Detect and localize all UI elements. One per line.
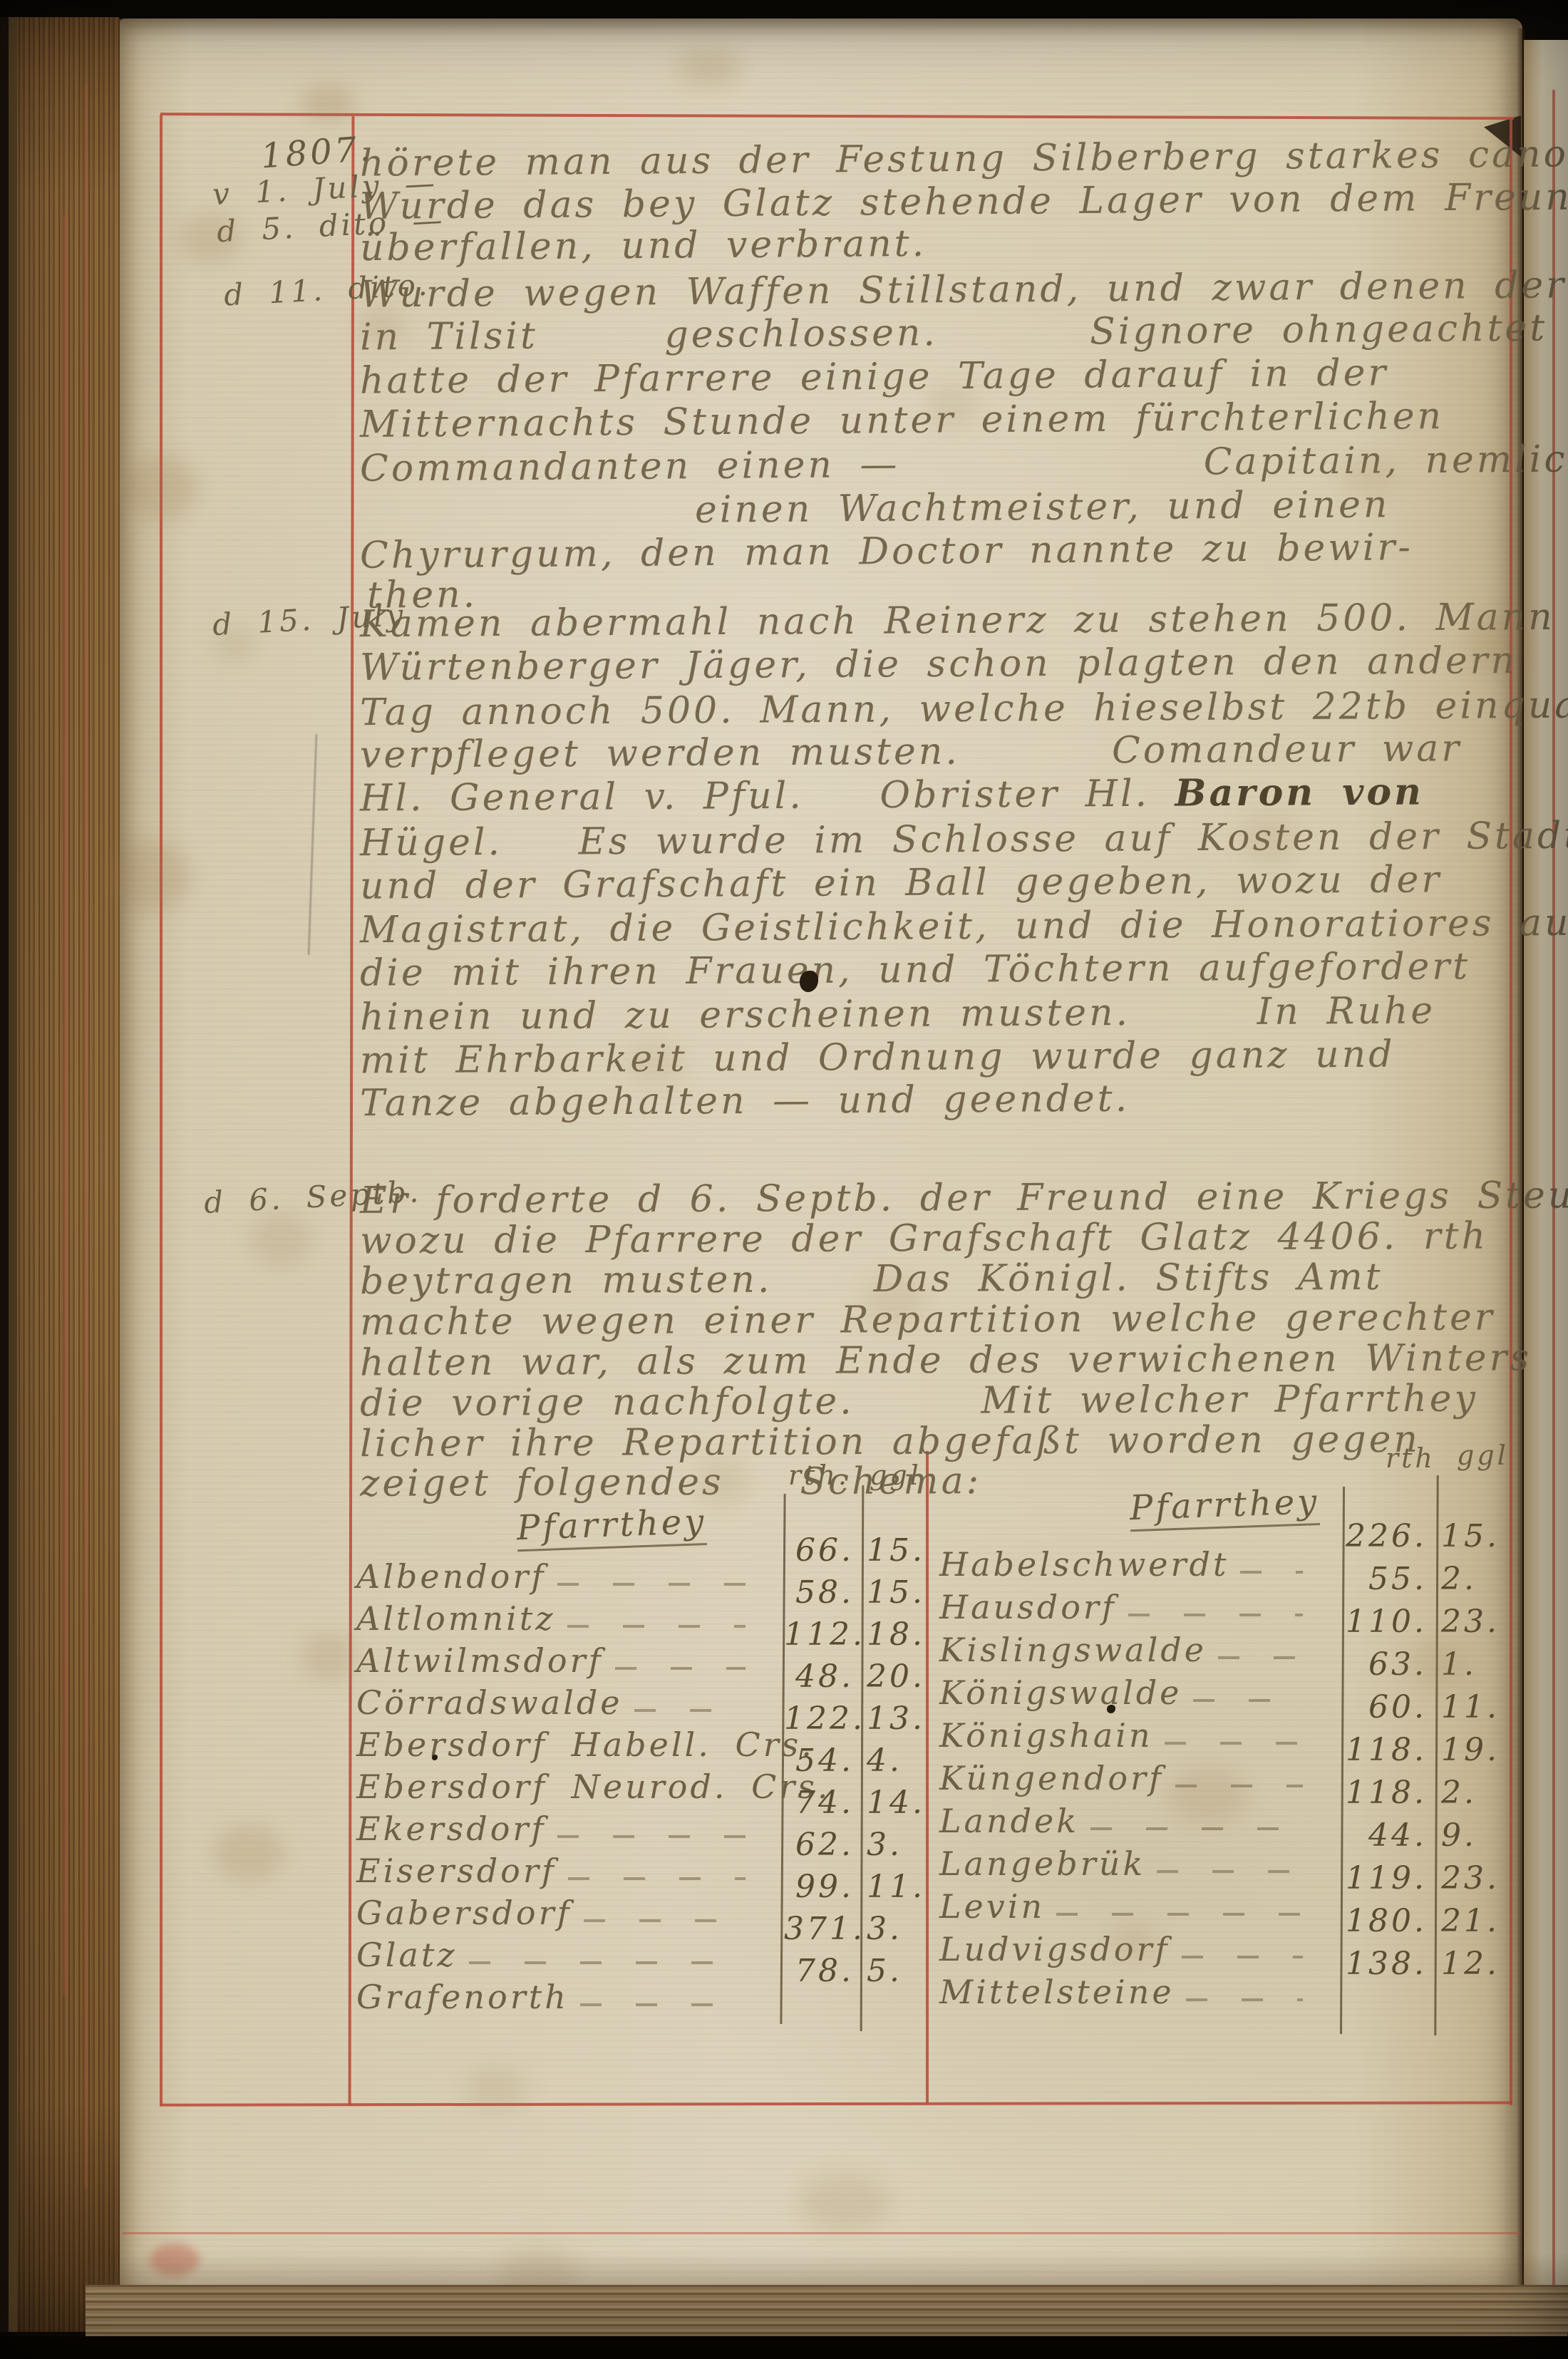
stain — [214, 1824, 285, 1881]
line-text: verpfleget werden musten. Comandeur war — [360, 727, 1463, 776]
ggl-value: 19. — [1441, 1732, 1501, 1768]
rth-value: 44. — [1346, 1817, 1427, 1854]
line-text: Tanze abgehalten — und geendet. — [360, 1078, 1130, 1125]
ggl-value: 18. — [867, 1616, 921, 1653]
line-text: hatte der Pfarrere einige Tage darauf in… — [360, 351, 1389, 402]
rth-value: 180. — [1346, 1903, 1427, 1939]
line-text: einen Wachtmeister, und einen — [695, 483, 1391, 532]
stain — [121, 456, 200, 520]
stain — [1468, 613, 1518, 677]
line-text: machte wegen einer Repartition welche ge… — [360, 1296, 1495, 1344]
rth-value: 54. — [784, 1743, 854, 1779]
stain — [1411, 1639, 1468, 1689]
place-name: Hausdorf — [939, 1588, 1117, 1626]
stain — [927, 385, 976, 428]
rth-value: 66. — [784, 1532, 854, 1569]
dash-leader — [580, 2003, 746, 2006]
manuscript-line: Tanze abgehalten — und geendet. — [360, 1080, 1130, 1122]
rth-value: 118. — [1346, 1775, 1427, 1811]
left-table-row: Gabersdorf — [356, 1894, 755, 1932]
ggl-value: 5. — [867, 1953, 921, 1989]
right-table-row: Hausdorf — [939, 1588, 1313, 1626]
dash-leader — [557, 1835, 746, 1838]
stain — [107, 841, 192, 912]
rth-value: 58. — [784, 1574, 854, 1611]
left-table-row: Grafenorth — [356, 1978, 755, 2016]
line-text: die mit ihren Frauen, und Töchtern aufge… — [360, 945, 1470, 995]
stain — [214, 627, 257, 663]
ggl-value: 9. — [1441, 1817, 1501, 1854]
left-table-header-label: Pfarrthey — [516, 1502, 707, 1552]
ggl-value: 21. — [1441, 1903, 1501, 1939]
place-name: Altwilmsdorf — [356, 1641, 604, 1680]
place-name: Grafenorth — [356, 1978, 569, 2016]
ggl-value: 15. — [1441, 1518, 1501, 1554]
stain — [1240, 812, 1297, 862]
manuscript-line: in Tilsit geschlossen. Signore ohngeacht… — [360, 309, 1547, 356]
rth-value: 112. — [784, 1616, 854, 1653]
right-col-rth: rth — [1386, 1442, 1435, 1474]
line-text: Kamen abermahl nach Reinerz zu stehen 50… — [360, 596, 1555, 646]
rth-value: 60. — [1346, 1689, 1427, 1725]
stain — [627, 1041, 684, 1083]
ggl-value: 4. — [867, 1743, 921, 1779]
right-table-row: Kislingswalde — [939, 1631, 1313, 1669]
left-table-row: Glatz — [356, 1936, 755, 1974]
place-name: Cörradswalde — [356, 1683, 623, 1722]
manuscript-line: und der Grafschaft ein Ball gegeben, woz… — [360, 861, 1442, 904]
dash-leader — [1090, 1827, 1303, 1830]
manuscript-line: verpfleget werden musten. Comandeur war — [360, 730, 1462, 773]
right-table-row: Langebrük — [939, 1844, 1313, 1883]
red-rule-right — [1510, 120, 1512, 2105]
manuscript-line: Mitternachts Stunde unter einem fürchter… — [360, 398, 1444, 443]
left-table-row: Ebersdorf Neurod. Crs. — [356, 1767, 755, 1806]
dash-leader — [1186, 1998, 1303, 2001]
line-text: hinein und zu erscheinen musten. In Ruhe — [360, 989, 1435, 1038]
left-table-row: Eisersdorf — [356, 1852, 755, 1890]
dash-leader — [1165, 1742, 1303, 1745]
manuscript-line: hinein und zu erscheinen musten. In Ruhe — [360, 992, 1435, 1036]
scan-bottom-black-band — [0, 2336, 1568, 2359]
dash-leader — [1157, 1870, 1303, 1873]
line-text: Magistrat, die Geistlichkeit, und die Ho… — [360, 902, 1568, 952]
stain — [249, 1212, 314, 1269]
stain — [862, 1276, 927, 1326]
ggl-value: 20. — [867, 1658, 921, 1695]
ggl-value: 13. — [867, 1700, 921, 1737]
stain — [798, 2174, 891, 2231]
rth-value: 138. — [1346, 1946, 1427, 1982]
place-name: Glatz — [356, 1936, 458, 1974]
line-text: Hl. General v. Pful. Obrister Hl. — [360, 773, 1175, 820]
manuscript-scan: 1807. v 1. July —d 5. dito —d 11. dito.d… — [0, 0, 1568, 2359]
stain — [698, 1461, 748, 1504]
ggl-value: 11. — [1441, 1689, 1501, 1725]
line-text: Mitternachts Stunde unter einem fürchter… — [360, 395, 1444, 446]
left-table-row: Cörradswalde — [356, 1683, 755, 1722]
right-table-row: Königswalde — [939, 1673, 1313, 1712]
dash-leader — [1218, 1656, 1303, 1659]
dash-leader — [469, 1961, 746, 1964]
left-col-rth: rth. — [788, 1460, 850, 1491]
line-text: überfallen, und verbrant. — [360, 222, 927, 269]
place-name: Levin — [939, 1887, 1045, 1926]
manuscript-line: mit Ehrbarkeit und Ordnung wurde ganz un… — [360, 1036, 1396, 1080]
manuscript-line: Chyrurgum, den man Doctor nannte zu bewi… — [360, 529, 1413, 574]
manuscript-line: Kamen abermahl nach Reinerz zu stehen 50… — [360, 599, 1555, 643]
red-rule-table-divider — [926, 1451, 929, 2104]
ggl-value: 2. — [1441, 1561, 1501, 1597]
ggl-value: 12. — [1441, 1946, 1501, 1982]
ggl-value: 11. — [867, 1869, 921, 1905]
rth-value: 110. — [1346, 1604, 1427, 1640]
stain — [1340, 456, 1397, 499]
manuscript-line: Er forderte d 6. Septb. der Freund eine … — [360, 1177, 1568, 1219]
line-text: die vorige nachfolgte. Mit welcher Pfarr… — [360, 1378, 1478, 1425]
place-name: Habelschwerdt — [939, 1545, 1229, 1584]
rth-value: 122. — [784, 1700, 854, 1737]
ggl-value: 2. — [1441, 1775, 1501, 1811]
ggl-value: 3. — [867, 1911, 921, 1947]
right-table-row: Mittelsteine — [939, 1973, 1313, 2011]
dash-leader — [1056, 1913, 1303, 1916]
manuscript-line: machte wegen einer Repartition welche ge… — [360, 1299, 1495, 1341]
manuscript-line: Hügel. Es wurde im Schlosse auf Kosten d… — [360, 817, 1568, 862]
stain — [356, 306, 406, 346]
rth-value: 119. — [1346, 1860, 1427, 1896]
right-table-header-label: Pfarrthey — [1129, 1482, 1320, 1532]
line-text: Hügel. Es wurde im Schlosse auf Kosten d… — [360, 815, 1568, 864]
place-name: Küngendorf — [939, 1759, 1164, 1797]
dash-leader — [1128, 1614, 1303, 1616]
manuscript-line: Wurde wegen Waffen Stillstand, und zwar … — [360, 265, 1568, 313]
manuscript-line: hörete man aus der Festung Silberberg st… — [360, 134, 1568, 182]
right-table-row: Küngendorf — [939, 1759, 1313, 1797]
left-table-row: Altwilmsdorf — [356, 1641, 755, 1680]
manuscript-line: Würtenberger Jäger, die schon plagten de… — [360, 642, 1517, 686]
red-rule-left — [160, 115, 163, 2105]
manuscript-line: hatte der Pfarrere einige Tage darauf in… — [360, 354, 1389, 399]
place-name: Ekersdorf — [356, 1810, 546, 1848]
stain — [1112, 1924, 1155, 1960]
rth-value: 48. — [784, 1658, 854, 1695]
manuscript-line: Magistrat, die Geistlichkeit, und die Ho… — [360, 904, 1568, 949]
rth-value: 78. — [784, 1953, 854, 1989]
dash-leader — [634, 1709, 746, 1712]
place-name: Ebersdorf Neurod. Crs. — [356, 1767, 831, 1806]
ggl-value: 15. — [867, 1574, 921, 1611]
stain — [677, 50, 741, 86]
rth-value: 118. — [1346, 1732, 1427, 1768]
place-name: Langebrük — [939, 1844, 1145, 1883]
line-text: Würtenberger Jäger, die schon plagten de… — [360, 639, 1517, 689]
scan-top-black-band — [0, 0, 1568, 17]
dash-leader — [1193, 1699, 1303, 1702]
place-name: Königshain — [939, 1716, 1153, 1755]
ggl-value: 14. — [867, 1785, 921, 1821]
place-name: Eisersdorf — [356, 1852, 557, 1890]
place-name: Königswalde — [939, 1673, 1182, 1712]
stack-red-edge — [63, 214, 68, 1996]
right-table-row: Levin — [939, 1887, 1313, 1926]
manuscript-line: halten war, als zum Ende des verwichenen… — [360, 1339, 1532, 1381]
line-text: Chyrurgum, den man Doctor nannte zu bewi… — [360, 526, 1413, 577]
dash-leader — [615, 1667, 746, 1670]
dash-leader — [557, 1583, 746, 1586]
right-table-row: Königshain — [939, 1716, 1313, 1755]
right-table-row: Landek — [939, 1802, 1313, 1840]
right-col-ggl: ggl — [1457, 1440, 1509, 1471]
stain — [178, 214, 242, 264]
manuscript-line: Tag annoch 500. Mann, welche hieselbst 2… — [360, 686, 1568, 731]
place-name: Altlomnitz — [356, 1599, 556, 1638]
rth-value: 62. — [784, 1827, 854, 1863]
line-text: Tag annoch 500. Mann, welche hieselbst 2… — [360, 683, 1568, 734]
left-table-row: Albendorf — [356, 1557, 755, 1596]
line-text: mit Ehrbarkeit und Ordnung wurde ganz un… — [360, 1033, 1396, 1083]
ggl-value: 23. — [1441, 1604, 1501, 1640]
left-table-row: Ekersdorf — [356, 1810, 755, 1848]
manuscript-line: überfallen, und verbrant. — [360, 225, 927, 267]
left-table-row: Altlomnitz — [356, 1599, 755, 1638]
manuscript-line: die mit ihren Frauen, und Töchtern aufge… — [360, 948, 1470, 992]
place-name: Albendorf — [356, 1557, 546, 1596]
stack-red-edge-2 — [84, 86, 88, 2188]
dash-leader — [584, 1919, 746, 1922]
dash-leader — [567, 1625, 746, 1628]
ggl-value: 23. — [1441, 1860, 1501, 1896]
rth-value: 226. — [1346, 1518, 1427, 1554]
place-name: Landek — [939, 1802, 1079, 1840]
place-name: Ebersdorf Habell. Crs. — [356, 1725, 815, 1764]
rth-value: 371. — [784, 1911, 854, 1947]
emphasized-ink-text: Baron von — [1175, 770, 1424, 815]
dash-leader — [1182, 1956, 1303, 1958]
rth-value: 74. — [784, 1785, 854, 1821]
rth-value: 55. — [1346, 1561, 1427, 1597]
line-text: und der Grafschaft ein Ball gegeben, woz… — [360, 858, 1443, 907]
red-rule-bottom-faint — [123, 2232, 1521, 2234]
manuscript-line: Hl. General v. Pful. Obrister Hl. Baron … — [360, 773, 1424, 817]
stain — [299, 86, 356, 121]
ggl-value: 15. — [867, 1532, 921, 1569]
place-name: Kislingswalde — [939, 1631, 1207, 1669]
place-name: Mittelsteine — [939, 1973, 1175, 2011]
manuscript-line: die vorige nachfolgte. Mit welcher Pfarr… — [360, 1380, 1478, 1423]
manuscript-line: einen Wachtmeister, und einen — [695, 486, 1391, 529]
stain — [1169, 1767, 1247, 1824]
place-name: Gabersdorf — [356, 1894, 572, 1932]
right-table-row: Habelschwerdt — [939, 1545, 1313, 1584]
left-table-row: Ebersdorf Habell. Crs. — [356, 1725, 755, 1764]
stain — [299, 1632, 356, 1682]
ggl-value: 3. — [867, 1827, 921, 1863]
stain — [463, 2067, 527, 2110]
dash-leader — [1240, 1571, 1303, 1574]
left-col-ggl: ggl — [870, 1460, 922, 1491]
rth-value: 99. — [784, 1869, 854, 1905]
dash-leader — [568, 1877, 746, 1880]
manuscript-line: wozu die Pfarrere der Grafschaft Glatz 4… — [360, 1218, 1488, 1260]
manuscript-line: Wurde das bey Glatz stehende Lager von d… — [360, 178, 1568, 225]
book-page-stack-left — [0, 16, 121, 2332]
